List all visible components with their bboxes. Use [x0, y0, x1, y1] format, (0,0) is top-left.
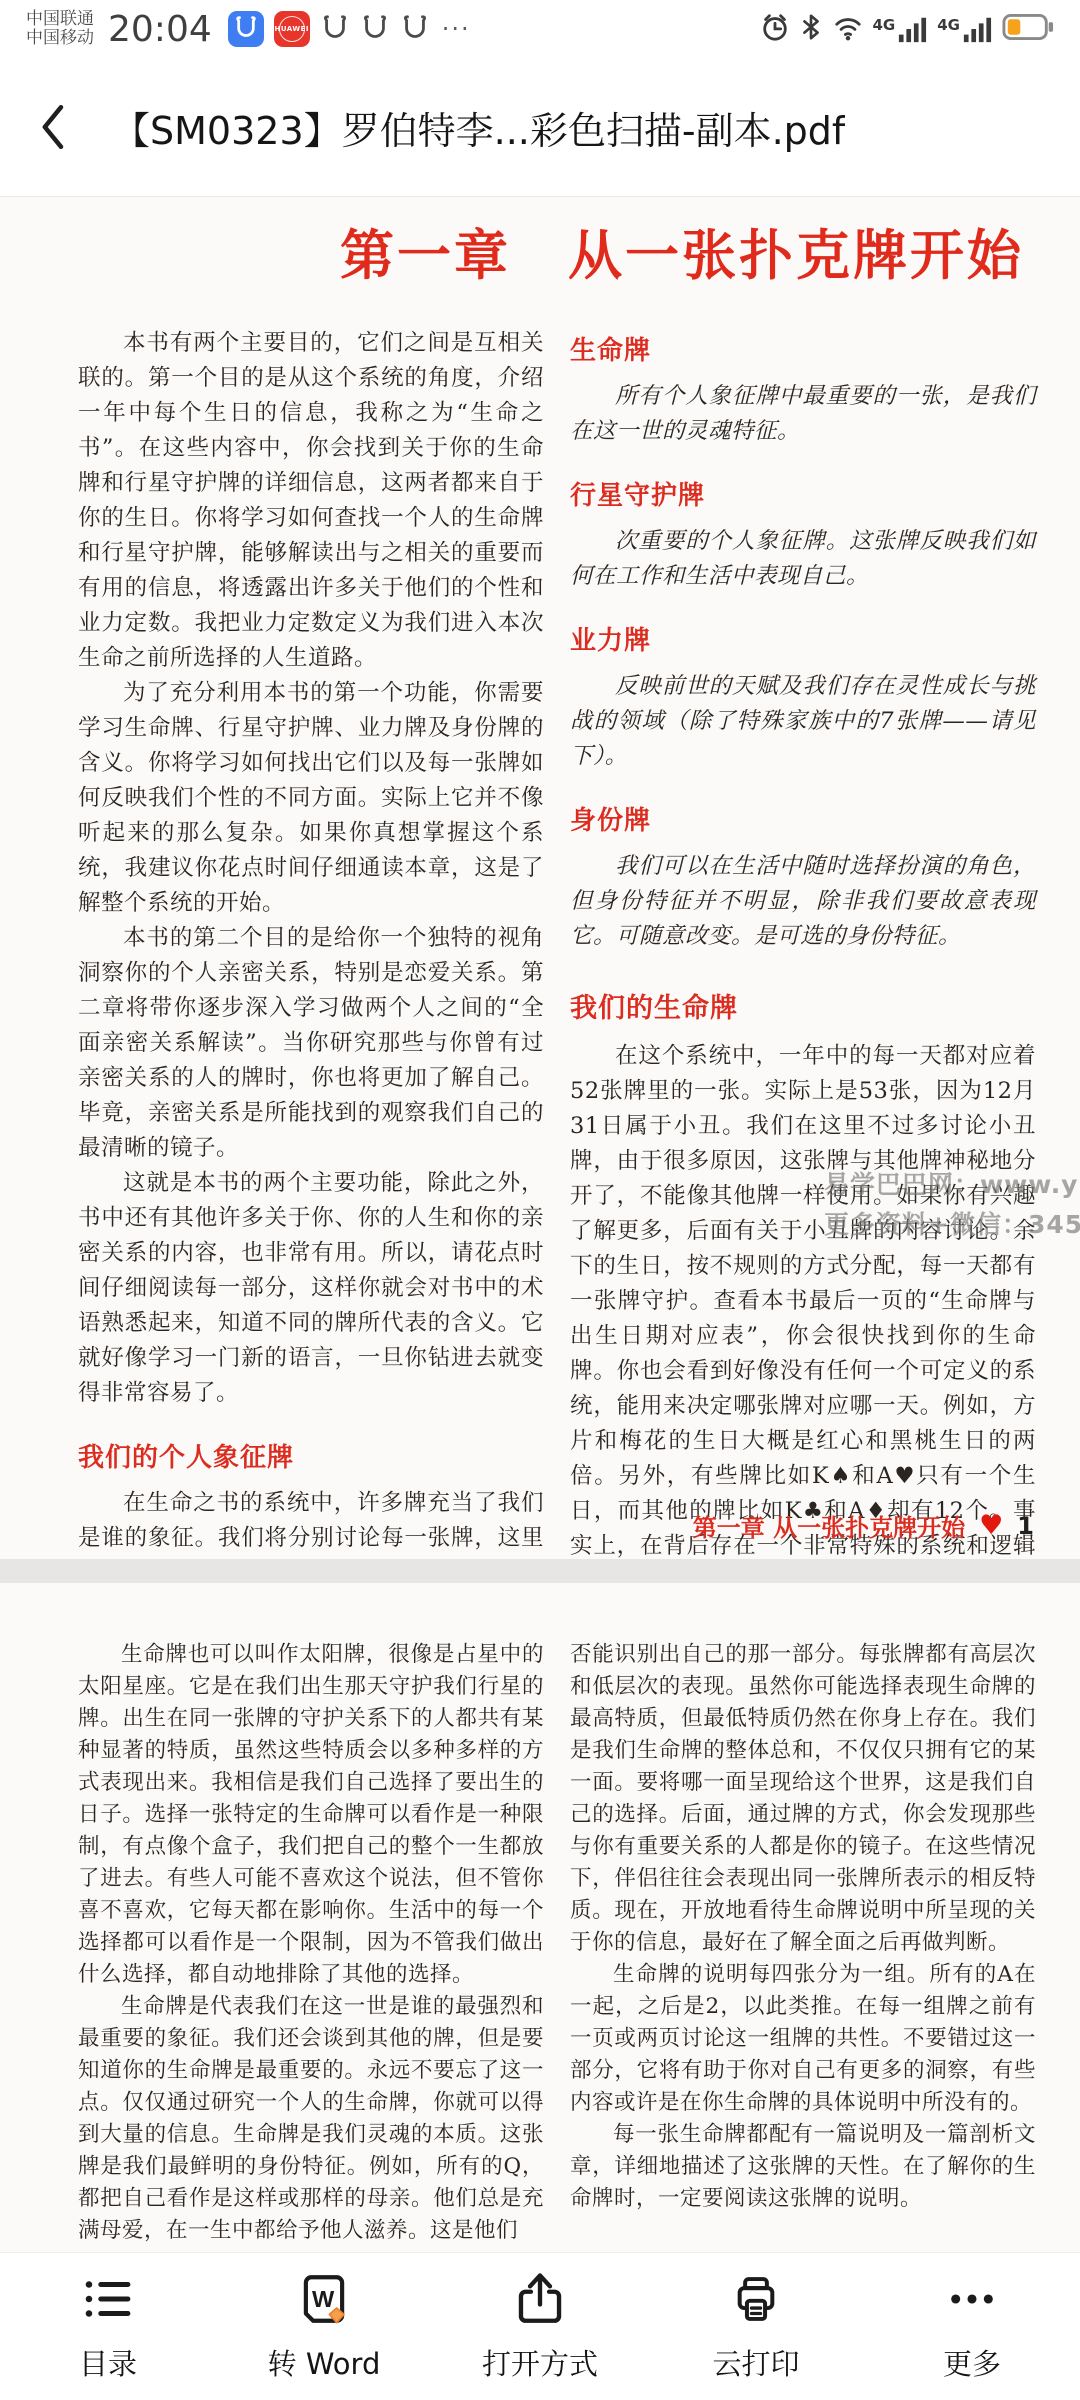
- open-with-icon: [511, 2270, 569, 2332]
- paragraph: 所有个人象征牌中最重要的一张，是我们在这一世的灵魂特征。: [570, 379, 1036, 449]
- toolbar-item-toc[interactable]: 目录: [0, 2270, 216, 2383]
- toolbar-label: 更多: [943, 2342, 1001, 2383]
- section-heading: 身份牌: [570, 800, 1036, 837]
- bluetooth-icon: [799, 12, 823, 46]
- battery-icon: [1002, 13, 1054, 45]
- section-heading: 我们的个人象征牌: [78, 1437, 544, 1474]
- huawei-app-icon: HUAWEI: [274, 11, 310, 47]
- bull-app-icon: [228, 11, 264, 47]
- pdf-scroll-area[interactable]: 第一章 从一张扑克牌开始 本书有两个主要目的，它们之间是互相关联的。第一个目的是…: [0, 197, 1080, 2253]
- signal-bars-icon: 4G: [873, 14, 929, 44]
- paragraph: 每一张生命牌都配有一篇说明及一篇剖析文章，详细地描述了这张牌的天性。在了解你的生…: [570, 2119, 1036, 2215]
- footer-chapter-label: 第一章 从一张扑克牌开始: [693, 1508, 965, 1543]
- status-bar: 中国联通 中国移动 20:04 HUAWEI ···: [0, 0, 1080, 58]
- page-gap: [0, 1559, 1080, 1583]
- toolbar-item-more[interactable]: 更多: [864, 2270, 1080, 2383]
- watermark: 易学巴巴网：www.yixue88.cn 更多资料+微信：3458344044: [824, 1165, 1080, 1245]
- toolbar-label: 云打印: [712, 2342, 799, 2383]
- phone-screen: 中国联通 中国移动 20:04 HUAWEI ···: [0, 0, 1080, 2400]
- paragraph: 生命牌是代表我们在这一世是谁的最强烈和最重要的象征。我们还会谈到其他的牌，但是要…: [78, 1991, 544, 2247]
- paragraph: 生命牌的说明每四张分为一组。所有的A在一起，之后是2，以此类推。在每一组牌之前有…: [570, 1959, 1036, 2119]
- page2-left-column: 生命牌也可以叫作太阳牌，很像是占星中的太阳星座。它是在我们出生那天守护我们行星的…: [78, 1639, 544, 2247]
- carrier-labels: 中国联通 中国移动: [26, 10, 94, 48]
- network-type-label: 4G: [937, 16, 960, 34]
- bottom-toolbar: 目录 W 转 Word 打开方式 云打印 更多: [0, 2252, 1080, 2400]
- word-convert-icon: W: [295, 2270, 353, 2332]
- back-button[interactable]: [30, 97, 74, 157]
- signal-bars-icon: 4G: [937, 14, 993, 44]
- cloud-print-icon: [727, 2270, 785, 2332]
- notification-overflow-dots: ···: [442, 15, 471, 43]
- paragraph: 为了充分利用本书的第一个功能，你需要学习生命牌、行星守护牌、业力牌及身份牌的含义…: [78, 676, 544, 921]
- paragraph: 在这个系统中，一年中的每一天都对应着52张牌里的一张。实际上是53张，因为12月…: [570, 1039, 1036, 1559]
- toolbar-item-open-with[interactable]: 打开方式: [432, 2270, 648, 2383]
- pdf-page-2: 生命牌也可以叫作太阳牌，很像是占星中的太阳星座。它是在我们出生那天守护我们行星的…: [0, 1583, 1080, 2253]
- toolbar-item-convert-word[interactable]: W 转 Word: [216, 2270, 432, 2383]
- section-heading: 生命牌: [570, 330, 1036, 367]
- paragraph: 反映前世的天赋及我们存在灵性成长与挑战的领域（除了特殊家族中的7张牌——请见下）…: [570, 669, 1036, 774]
- more-icon: [943, 2270, 1001, 2332]
- document-title: 【SM0323】罗伯特李...彩色扫描-副本.pdf: [112, 100, 845, 155]
- paragraph: 本书有两个主要目的，它们之间是互相关联的。第一个目的是从这个系统的角度，介绍一年…: [78, 326, 544, 676]
- watermark-line2: 更多资料+微信：3458344044: [824, 1205, 1080, 1245]
- page1-right-column: 生命牌 所有个人象征牌中最重要的一张，是我们在这一世的灵魂特征。 行星守护牌 次…: [570, 326, 1036, 1559]
- section-heading: 行星守护牌: [570, 475, 1036, 512]
- carrier-1: 中国联通: [26, 10, 94, 29]
- paragraph: 生命牌也可以叫作太阳牌，很像是占星中的太阳星座。它是在我们出生那天守护我们行星的…: [78, 1639, 544, 1991]
- paragraph: 次重要的个人象征牌。这张牌反映我们如何在工作和生活中表现自己。: [570, 524, 1036, 594]
- bull-icon: [400, 14, 430, 44]
- chapter-title: 第一章 从一张扑克牌开始: [78, 213, 1036, 290]
- page2-right-column: 否能识别出自己的那一部分。每张牌都有高层次和低层次的表现。虽然你可能选择表现生命…: [570, 1639, 1036, 2247]
- carrier-2: 中国移动: [26, 29, 94, 48]
- page1-left-column: 本书有两个主要目的，它们之间是互相关联的。第一个目的是从这个系统的角度，介绍一年…: [78, 326, 544, 1559]
- bull-icon: [360, 14, 390, 44]
- paragraph: 本书的第二个目的是给你一个独特的视角洞察你的个人亲密关系，特别是恋爱关系。第二章…: [78, 921, 544, 1166]
- page-footer: 第一章 从一张扑克牌开始 ♥ 1: [693, 1508, 1034, 1543]
- toolbar-label: 打开方式: [482, 2342, 598, 2383]
- section-heading: 业力牌: [570, 620, 1036, 657]
- document-title-bar: 【SM0323】罗伯特李...彩色扫描-副本.pdf: [0, 58, 1080, 197]
- pdf-page-1: 第一章 从一张扑克牌开始 本书有两个主要目的，它们之间是互相关联的。第一个目的是…: [0, 197, 1080, 1559]
- watermark-line1: 易学巴巴网：www.yixue88.cn: [824, 1165, 1080, 1205]
- bull-icon: [320, 14, 350, 44]
- clock-time: 20:04: [108, 9, 212, 50]
- network-type-label: 4G: [873, 16, 896, 34]
- toolbar-label: 转 Word: [268, 2342, 381, 2383]
- wifi-icon: [832, 13, 864, 45]
- paragraph: 否能识别出自己的那一部分。每张牌都有高层次和低层次的表现。虽然你可能选择表现生命…: [570, 1639, 1036, 1959]
- alarm-clock-icon: [760, 12, 790, 46]
- paragraph: 我们可以在生活中随时选择扮演的角色，但身份特征并不明显，除非我们要故意表现它。可…: [570, 849, 1036, 954]
- svg-text:W: W: [312, 2286, 335, 2312]
- paragraph: 这就是本书的两个主要功能，除此之外，书中还有其他许多关于你、你的人生和你的亲密关…: [78, 1166, 544, 1411]
- page-number: 1: [1017, 1512, 1034, 1540]
- paragraph: 在生命之书的系统中，许多牌充当了我们是谁的象征。我们将分别讨论每一张牌，这里只给…: [78, 1486, 544, 1559]
- toc-list-icon: [79, 2270, 137, 2332]
- toolbar-item-cloud-print[interactable]: 云打印: [648, 2270, 864, 2383]
- toolbar-label: 目录: [79, 2342, 137, 2383]
- section-heading: 我们的生命牌: [570, 986, 1036, 1025]
- heart-suit-icon: ♥: [979, 1510, 1003, 1541]
